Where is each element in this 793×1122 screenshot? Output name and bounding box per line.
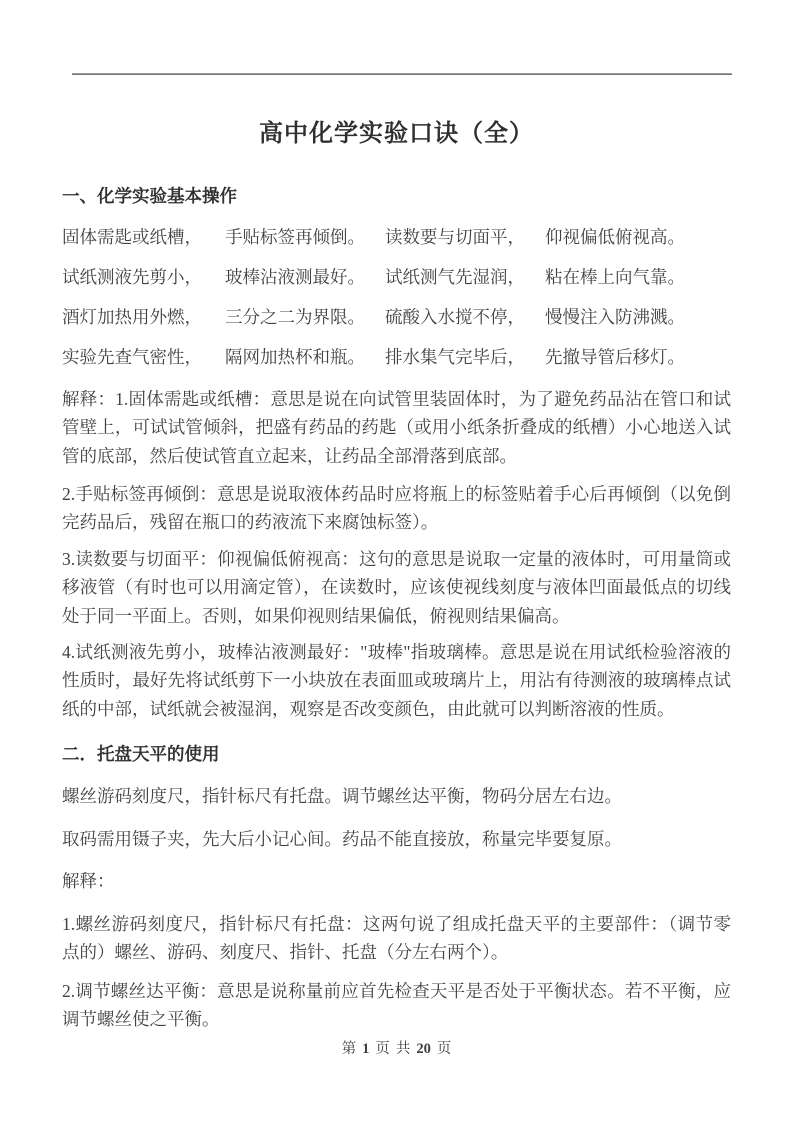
verse-line: 取码需用镊子夹，先大后小记心间。药品不能直接放，称量完毕要复原。 [62,825,731,854]
body-paragraph: 1.螺丝游码刻度尺，指针标尺有托盘：这两句说了组成托盘天平的主要部件：（调节零点… [62,910,731,967]
verse-line: 螺丝游码刻度尺，指针标尺有托盘。调节螺丝达平衡，物码分居左右边。 [62,782,731,811]
document-content: 高中化学实验口诀（全） 一、化学实验基本操作 固体需匙或纸槽， 手贴标签再倾倒。… [62,0,731,1034]
verse-phrase: 排水集气完毕后， [385,343,525,372]
footer-text: 共 [396,1041,411,1057]
verse-phrase: 读数要与切面平， [385,223,525,252]
verse-phrase: 固体需匙或纸槽， [62,223,202,252]
verse-row-4: 实验先查气密性， 隔网加热杯和瓶。 排水集气完毕后， 先撤导管后移灯。 [62,343,731,383]
verse-phrase: 实验先查气密性， [62,343,202,372]
verse-phrase: 先撤导管后移灯。 [545,343,685,372]
verse-row-1: 固体需匙或纸槽， 手贴标签再倾倒。 读数要与切面平， 仰视偏低俯视高。 [62,223,731,263]
footer-text: 页 [437,1041,452,1057]
page-footer: 第1页共20页 [0,1039,793,1059]
verse-phrase: 试纸测液先剪小， [62,263,202,292]
verse-phrase: 仰视偏低俯视高。 [545,223,685,252]
verse-phrase: 玻棒沾液测最好。 [225,263,365,292]
verse-phrase: 试纸测气先湿润， [385,263,525,292]
body-paragraph: 解释：1.固体需匙或纸槽：意思是说在向试管里装固体时，为了避免药品沾在管口和试管… [62,385,731,471]
verse-phrase: 三分之二为界限。 [225,303,365,332]
verse-row-3: 酒灯加热用外燃， 三分之二为界限。 硫酸入水搅不停， 慢慢注入防沸溅。 [62,303,731,343]
document-page: 高中化学实验口诀（全） 一、化学实验基本操作 固体需匙或纸槽， 手贴标签再倾倒。… [0,0,793,1122]
total-pages: 20 [416,1041,431,1057]
document-title: 高中化学实验口诀（全） [62,118,731,150]
section2-heading: 二．托盘天平的使用 [62,740,731,769]
verse-phrase: 慢慢注入防沸溅。 [545,303,685,332]
page-number: 1 [362,1041,369,1057]
body-paragraph: 3.读数要与切面平：仰视偏低俯视高：这句的意思是说取一定量的液体时，可用量筒或移… [62,545,731,631]
verse-row-2: 试纸测液先剪小， 玻棒沾液测最好。 试纸测气先湿润， 粘在棒上向气靠。 [62,263,731,303]
verse-phrase: 隔网加热杯和瓶。 [225,343,365,372]
body-paragraph: 4.试纸测液先剪小，玻棒沾液测最好："玻棒"指玻璃棒。意思是说在用试纸检验溶液的… [62,638,731,724]
verse-phrase: 手贴标签再倾倒。 [225,223,365,252]
body-paragraph: 2.手贴标签再倾倒：意思是说取液体药品时应将瓶上的标签贴着手心后再倾倒（以免倒完… [62,480,731,537]
explain-label: 解释： [62,867,731,896]
verse-phrase: 粘在棒上向气靠。 [545,263,685,292]
section1-heading: 一、化学实验基本操作 [62,182,731,211]
footer-text: 页 [375,1041,390,1057]
body-paragraph: 2.调节螺丝达平衡：意思是说称量前应首先检查天平是否处于平衡状态。若不平衡，应调… [62,977,731,1034]
verse-phrase: 酒灯加热用外燃， [62,303,202,332]
verse-phrase: 硫酸入水搅不停， [385,303,525,332]
footer-text: 第 [342,1041,357,1057]
